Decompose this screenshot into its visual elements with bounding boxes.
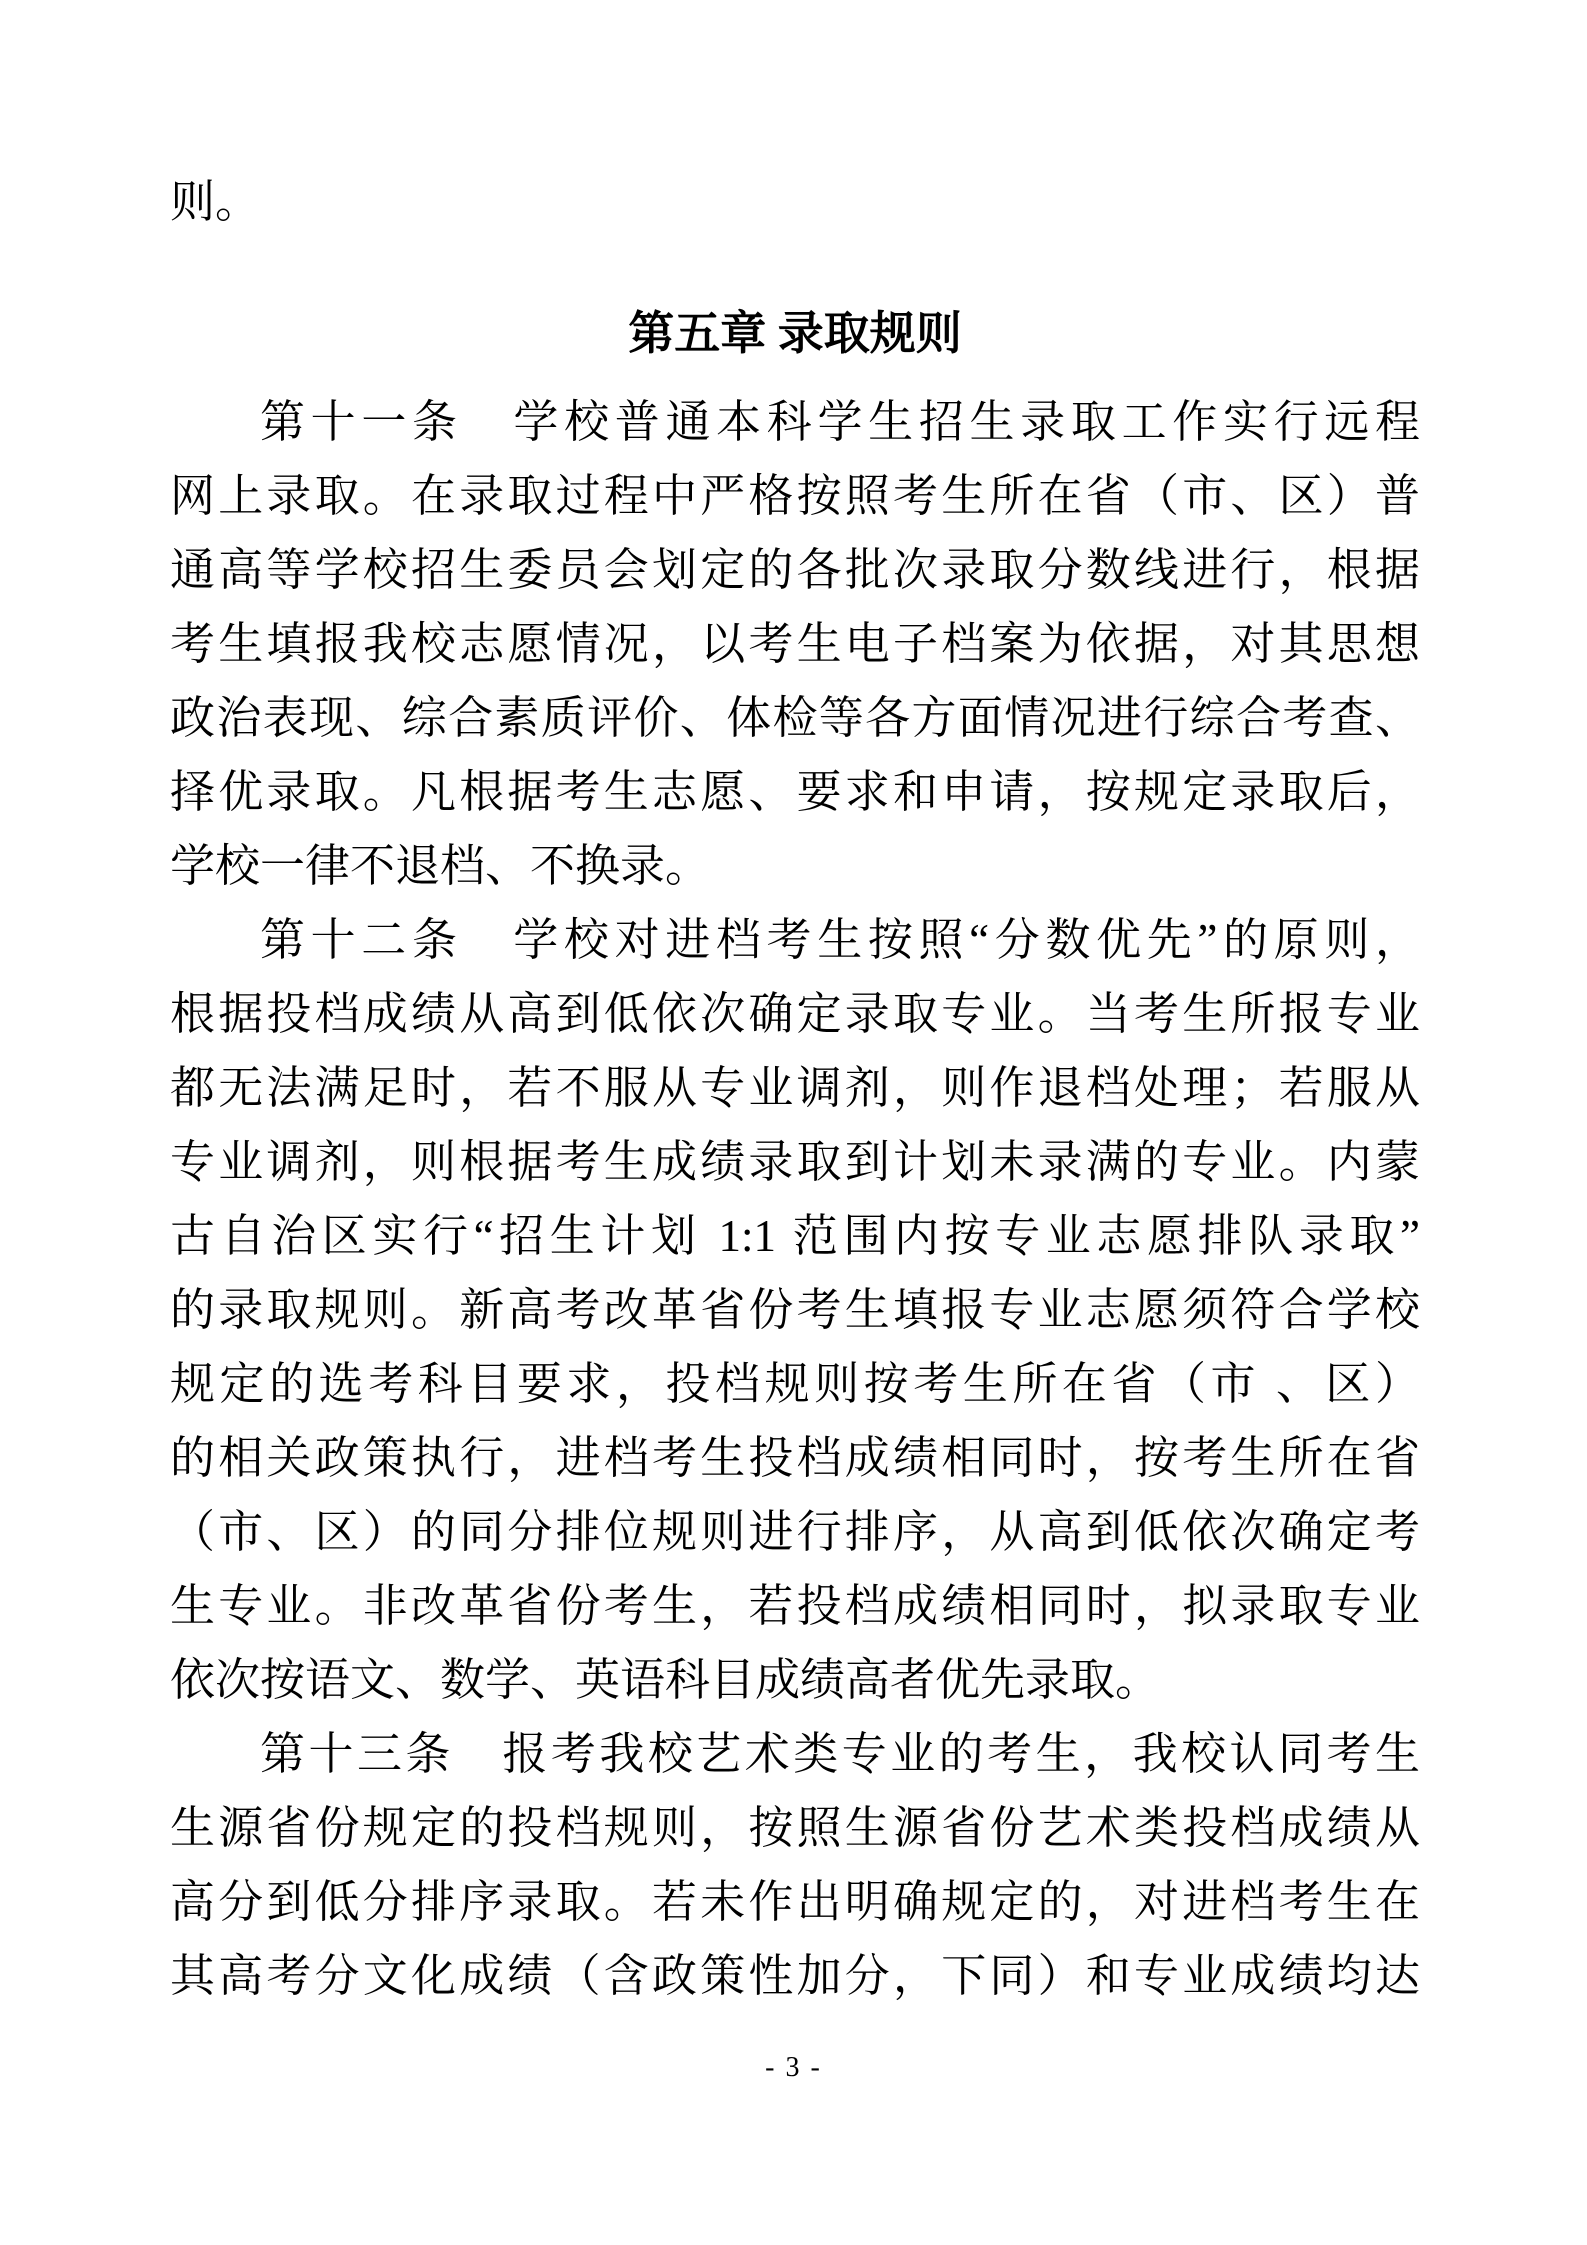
- text-line: 规定的选考科目要求，投档规则按考生所在省（市 、区）: [170, 1347, 1420, 1421]
- text-line: 生源省份规定的投档规则，按照生源省份艺术类投档成绩从: [170, 1791, 1420, 1865]
- page-number: - 3 -: [0, 2048, 1587, 2088]
- text-line: 根据投档成绩从高到低依次确定录取专业。当考生所报专业: [170, 977, 1420, 1051]
- text-line: 第十三条 报考我校艺术类专业的考生，我校认同考生: [170, 1717, 1420, 1791]
- text-line: 的录取规则。新高考改革省份考生填报专业志愿须符合学校: [170, 1273, 1420, 1347]
- text-line: 生专业。非改革省份考生，若投档成绩相同时，拟录取专业: [170, 1569, 1420, 1643]
- text-line: 择优录取。凡根据考生志愿、要求和申请，按规定录取后，: [170, 755, 1420, 829]
- text-line: 古自治区实行“招生计划 1:1 范围内按专业志愿排队录取”: [170, 1199, 1420, 1273]
- text-line: 第十一条 学校普通本科学生招生录取工作实行远程: [170, 385, 1420, 459]
- article-12-paragraph: 第十二条 学校对进档考生按照“分数优先”的原则， 根据投档成绩从高到低依次确定录…: [170, 903, 1420, 1717]
- continuation-text: 则。: [170, 165, 1420, 239]
- text-line: 通高等学校招生委员会划定的各批次录取分数线进行，根据: [170, 533, 1420, 607]
- text-line: 政治表现、综合素质评价、体检等各方面情况进行综合考查、: [170, 681, 1420, 755]
- document-page: 则。 第五章 录取规则 第十一条 学校普通本科学生招生录取工作实行远程 网上录取…: [0, 0, 1587, 2245]
- text-line: 第十二条 学校对进档考生按照“分数优先”的原则，: [170, 903, 1420, 977]
- text-line: 依次按语文、数学、英语科目成绩高者优先录取。: [170, 1643, 1420, 1717]
- text-line: 专业调剂，则根据考生成绩录取到计划未录满的专业。内蒙: [170, 1125, 1420, 1199]
- chapter-heading: 第五章 录取规则: [170, 297, 1420, 371]
- text-line: 的相关政策执行，进档考生投档成绩相同时，按考生所在省: [170, 1421, 1420, 1495]
- text-line: 高分到低分排序录取。若未作出明确规定的，对进档考生在: [170, 1865, 1420, 1939]
- article-11-paragraph: 第十一条 学校普通本科学生招生录取工作实行远程 网上录取。在录取过程中严格按照考…: [170, 385, 1420, 903]
- text-line: 都无法满足时，若不服从专业调剂，则作退档处理；若服从: [170, 1051, 1420, 1125]
- text-line: 其高考分文化成绩（含政策性加分，下同）和专业成绩均达: [170, 1939, 1420, 2013]
- text-line: （市、区）的同分排位规则进行排序，从高到低依次确定考: [170, 1495, 1420, 1569]
- text-line: 网上录取。在录取过程中严格按照考生所在省（市、区）普: [170, 459, 1420, 533]
- text-line: 学校一律不退档、不换录。: [170, 829, 1420, 903]
- article-13-paragraph: 第十三条 报考我校艺术类专业的考生，我校认同考生 生源省份规定的投档规则，按照生…: [170, 1717, 1420, 2013]
- text-line: 考生填报我校志愿情况，以考生电子档案为依据，对其思想: [170, 607, 1420, 681]
